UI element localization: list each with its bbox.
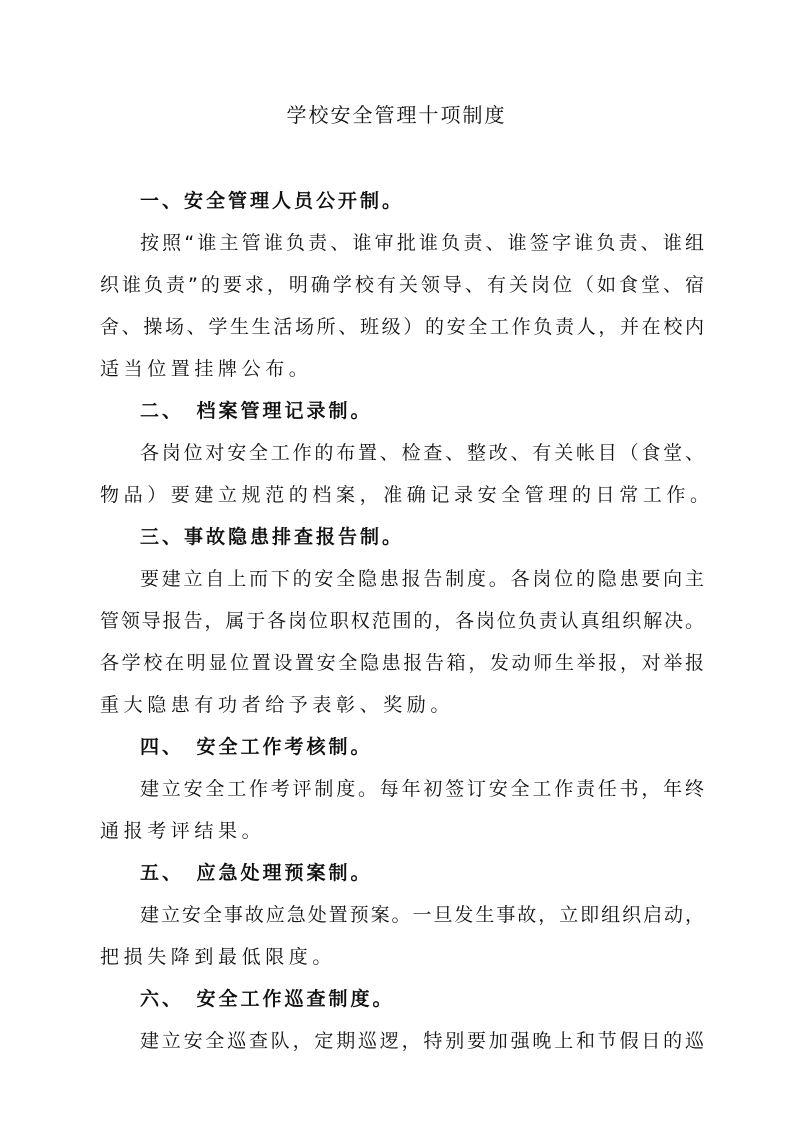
document-page: 学校安全管理十项制度 一、安全管理人员公开制。 按照“谁主管谁负责、谁审批谁负责… <box>0 0 793 1122</box>
section-heading-4: 四、 安全工作考核制。 <box>100 726 704 768</box>
paragraph-line: 物品）要建立规范的档案，准确记录安全管理的日常工作。 <box>100 474 704 516</box>
document-title: 学校安全管理十项制度 <box>0 100 793 130</box>
section-heading-3: 三、事故隐患排查报告制。 <box>100 516 704 558</box>
paragraph-line: 重大隐患有功者给予表彰、奖励。 <box>100 684 704 726</box>
paragraph-line: 建立安全工作考评制度。每年初签订安全工作责任书，年终 <box>100 768 704 810</box>
paragraph-line: 把损失降到最低限度。 <box>100 936 704 978</box>
paragraph-line: 要建立自上而下的安全隐患报告制度。各岗位的隐患要向主 <box>100 558 704 600</box>
section-heading-2: 二、 档案管理记录制。 <box>100 390 704 432</box>
paragraph-line: 按照“谁主管谁负责、谁审批谁负责、谁签字谁负责、谁组 <box>100 222 704 264</box>
section-heading-5: 五、 应急处理预案制。 <box>100 852 704 894</box>
paragraph-line: 各岗位对安全工作的布置、检查、整改、有关帐目（食堂、 <box>100 432 704 474</box>
paragraph-line: 管领导报告，属于各岗位职权范围的，各岗位负责认真组织解决。 <box>100 600 704 642</box>
paragraph-line: 织谁负责”的要求，明确学校有关领导、有关岗位（如食堂、宿 <box>100 264 704 306</box>
paragraph-line: 舍、操场、学生生活场所、班级）的安全工作负责人，并在校内 <box>100 306 704 348</box>
paragraph-line: 适当位置挂牌公布。 <box>100 348 704 390</box>
document-body: 一、安全管理人员公开制。 按照“谁主管谁负责、谁审批谁负责、谁签字谁负责、谁组 … <box>100 180 704 1062</box>
paragraph-line: 各学校在明显位置设置安全隐患报告箱，发动师生举报，对举报 <box>100 642 704 684</box>
section-heading-1: 一、安全管理人员公开制。 <box>100 180 704 222</box>
paragraph-line: 建立安全巡查队，定期巡逻，特别要加强晚上和节假日的巡 <box>100 1020 704 1062</box>
paragraph-line: 建立安全事故应急处置预案。一旦发生事故，立即组织启动， <box>100 894 704 936</box>
section-heading-6: 六、 安全工作巡查制度。 <box>100 978 704 1020</box>
paragraph-line: 通报考评结果。 <box>100 810 704 852</box>
